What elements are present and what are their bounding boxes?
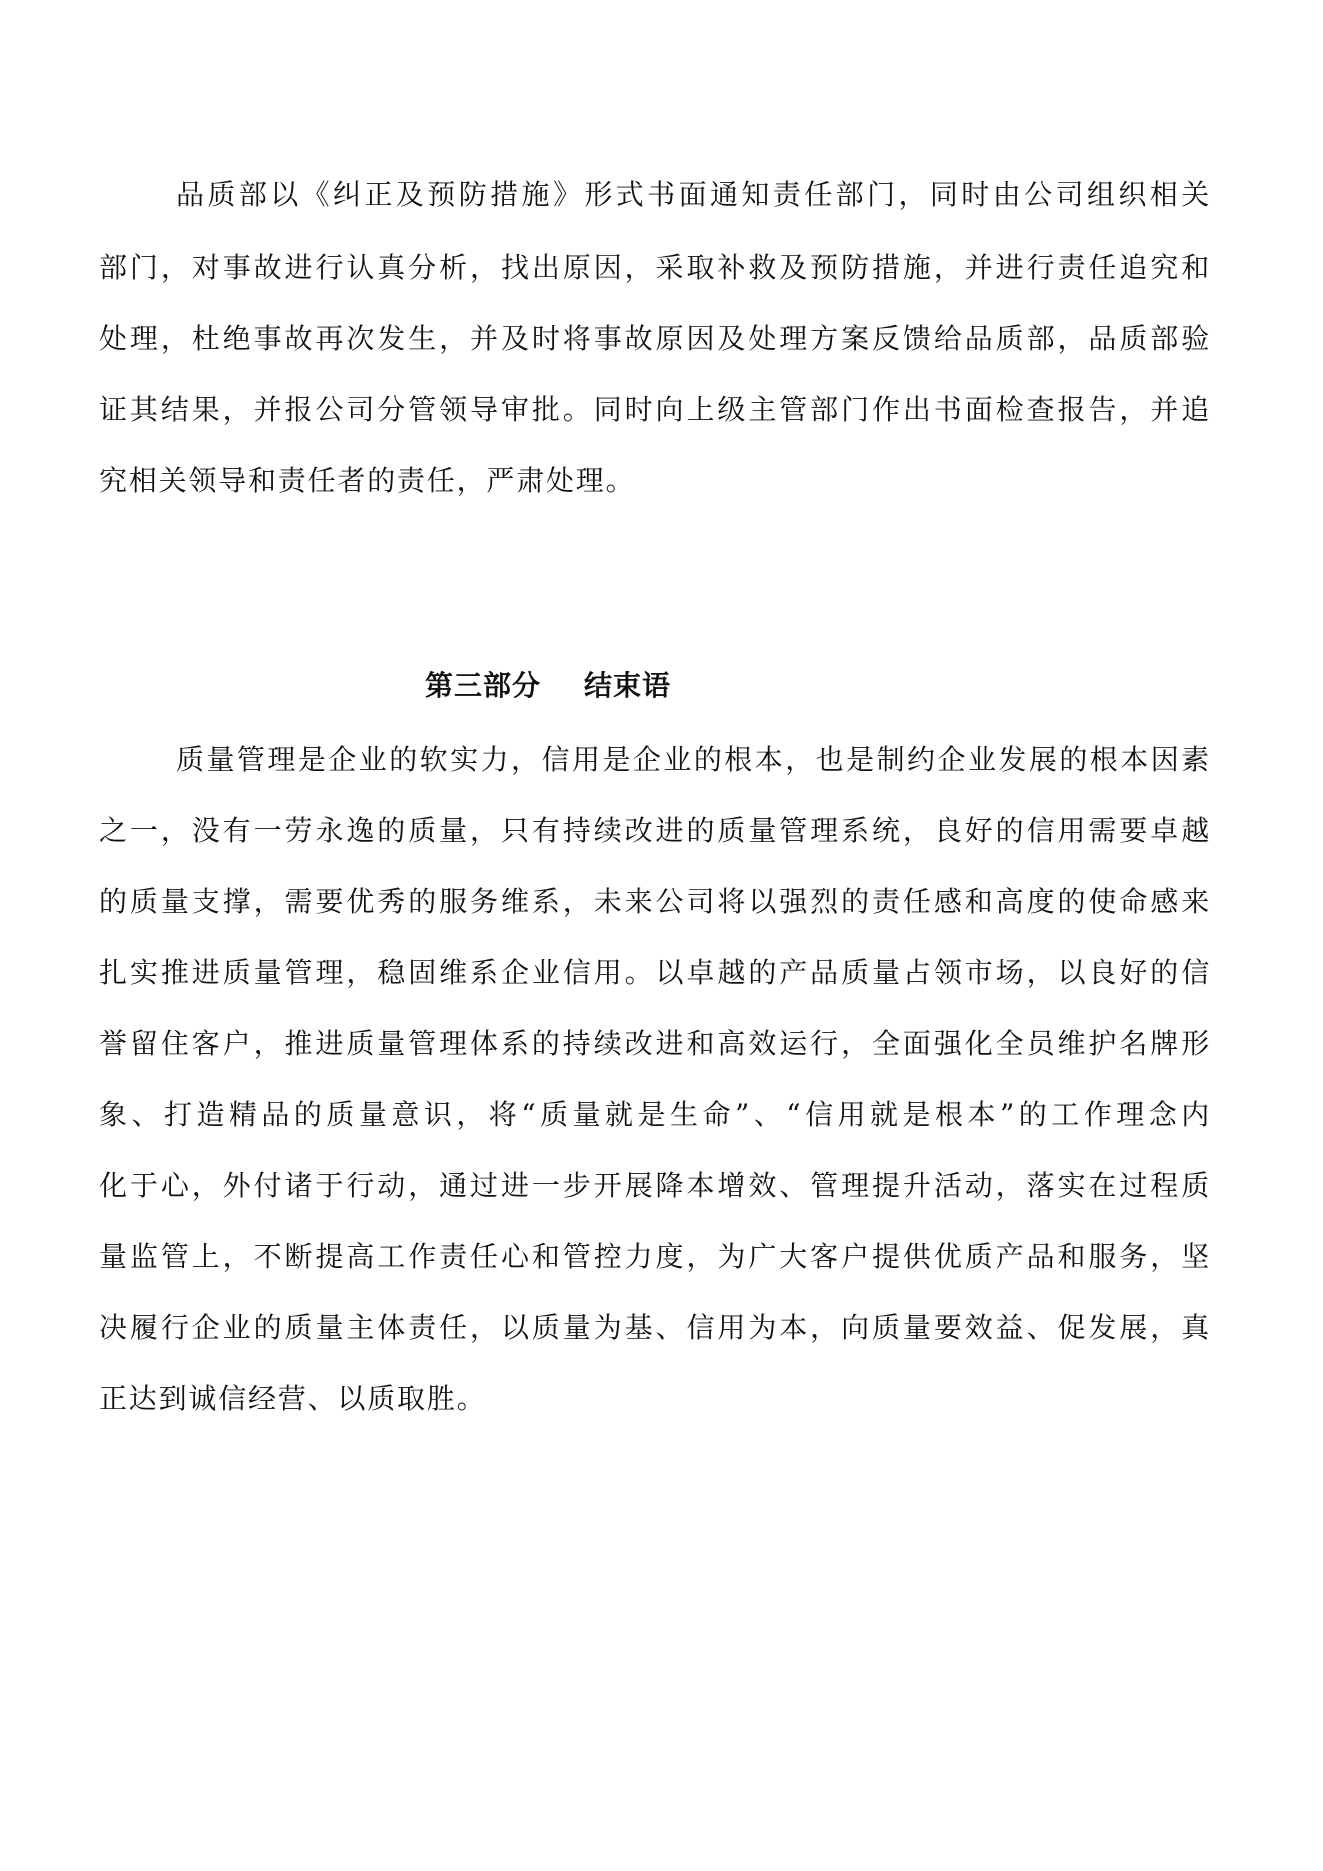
paragraph-2-line-1: 质量管理是企业的软实力，信用是企业的根本，也是制约企业发展的根本因素 <box>176 742 1211 778</box>
paragraph-2-line-2: 之一，没有一劳永逸的质量，只有持续改进的质量管理系统，良好的信用需要卓越 <box>99 813 1211 849</box>
paragraph-2-line-7: 化于心，外付诸于行动，通过进一步开展降本增效、管理提升活动，落实在过程质 <box>99 1168 1211 1204</box>
paragraph-2-line-3: 的质量支撑，需要优秀的服务维系，未来公司将以强烈的责任感和高度的使命感来 <box>99 884 1211 920</box>
paragraph-1-line-2: 部门，对事故进行认真分析，找出原因，采取补救及预防措施，并进行责任追究和 <box>99 250 1211 286</box>
paragraph-2-line-10: 正达到诚信经营、以质取胜。 <box>99 1381 1211 1417</box>
section-heading: 第三部分 结束语 <box>425 668 671 704</box>
paragraph-1-line-3: 处理，杜绝事故再次发生，并及时将事故原因及处理方案反馈给品质部，品质部验 <box>99 321 1211 357</box>
paragraph-1-line-1: 品质部以《纠正及预防措施》形式书面通知责任部门，同时由公司组织相关 <box>176 177 1211 213</box>
paragraph-2-line-8: 量监管上，不断提高工作责任心和管控力度，为广大客户提供优质产品和服务，坚 <box>99 1239 1211 1275</box>
document-page: 品质部以《纠正及预防措施》形式书面通知责任部门，同时由公司组织相关 部门，对事故… <box>0 0 1323 1871</box>
paragraph-2-line-5: 誉留住客户，推进质量管理体系的持续改进和高效运行，全面强化全员维护名牌形 <box>99 1026 1211 1062</box>
paragraph-2-line-4: 扎实推进质量管理，稳固维系企业信用。以卓越的产品质量占领市场，以良好的信 <box>99 955 1211 991</box>
paragraph-1-line-5: 究相关领导和责任者的责任，严肃处理。 <box>99 463 1211 499</box>
paragraph-2-line-9: 决履行企业的质量主体责任，以质量为基、信用为本，向质量要效益、促发展，真 <box>99 1310 1211 1346</box>
paragraph-2-line-6: 象、打造精品的质量意识，将“质量就是生命”、“信用就是根本”的工作理念内 <box>99 1097 1211 1133</box>
paragraph-1-line-4: 证其结果，并报公司分管领导审批。同时向上级主管部门作出书面检查报告，并追 <box>99 392 1211 428</box>
